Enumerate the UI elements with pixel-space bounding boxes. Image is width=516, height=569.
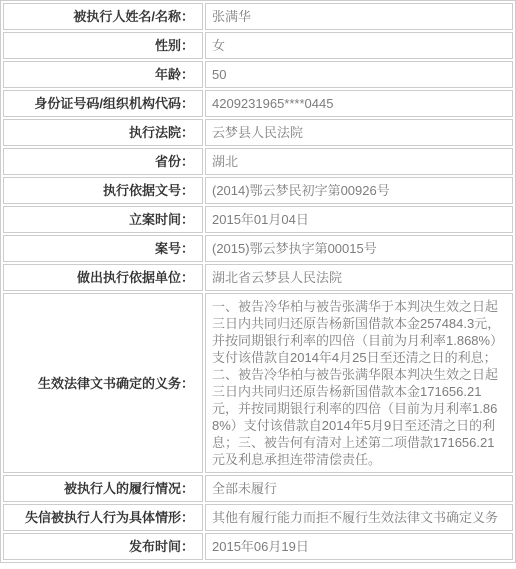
row-label: 执行依据文号：	[3, 177, 203, 204]
table-row: 执行法院： 云梦县人民法院	[3, 119, 513, 146]
row-label: 被执行人姓名/名称：	[3, 3, 203, 30]
table-row: 案号： (2015)鄂云梦执字第00015号	[3, 235, 513, 262]
table-row: 省份： 湖北	[3, 148, 513, 175]
table-row: 立案时间： 2015年01月04日	[3, 206, 513, 233]
row-value: 一、被告冷华柏与被告张满华于本判决生效之日起三日内共同归还原告杨新国借款本金25…	[205, 293, 513, 473]
table-row: 性别： 女	[3, 32, 513, 59]
row-value: 全部未履行	[205, 475, 513, 502]
table-row: 身份证号码/组织机构代码： 4209231965****0445	[3, 90, 513, 117]
row-value: (2015)鄂云梦执字第00015号	[205, 235, 513, 262]
row-value: 湖北	[205, 148, 513, 175]
row-value: 4209231965****0445	[205, 90, 513, 117]
row-value: 云梦县人民法院	[205, 119, 513, 146]
row-value: 女	[205, 32, 513, 59]
row-label: 立案时间：	[3, 206, 203, 233]
row-value: 50	[205, 61, 513, 88]
table-body: 被执行人姓名/名称： 张满华 性别： 女 年龄： 50 身份证号码/组织机构代码…	[3, 3, 513, 560]
row-label: 年龄：	[3, 61, 203, 88]
row-label: 案号：	[3, 235, 203, 262]
row-value: 2015年06月19日	[205, 533, 513, 560]
row-value: 湖北省云梦县人民法院	[205, 264, 513, 291]
row-label: 身份证号码/组织机构代码：	[3, 90, 203, 117]
row-label: 发布时间：	[3, 533, 203, 560]
table-row: 执行依据文号： (2014)鄂云梦民初字第00926号	[3, 177, 513, 204]
row-value: 其他有履行能力而拒不履行生效法律文书确定义务	[205, 504, 513, 531]
row-label: 生效法律文书确定的义务：	[3, 293, 203, 473]
row-label: 性别：	[3, 32, 203, 59]
row-label: 执行法院：	[3, 119, 203, 146]
row-value: 2015年01月04日	[205, 206, 513, 233]
row-value: (2014)鄂云梦民初字第00926号	[205, 177, 513, 204]
table-row: 做出执行依据单位： 湖北省云梦县人民法院	[3, 264, 513, 291]
table-row: 发布时间： 2015年06月19日	[3, 533, 513, 560]
row-label: 被执行人的履行情况：	[3, 475, 203, 502]
row-label: 失信被执行人行为具体情形：	[3, 504, 203, 531]
table-row: 生效法律文书确定的义务： 一、被告冷华柏与被告张满华于本判决生效之日起三日内共同…	[3, 293, 513, 473]
row-label: 做出执行依据单位：	[3, 264, 203, 291]
debtor-info-table: 被执行人姓名/名称： 张满华 性别： 女 年龄： 50 身份证号码/组织机构代码…	[0, 0, 516, 563]
table-row: 被执行人的履行情况： 全部未履行	[3, 475, 513, 502]
row-value: 张满华	[205, 3, 513, 30]
table-row: 失信被执行人行为具体情形： 其他有履行能力而拒不履行生效法律文书确定义务	[3, 504, 513, 531]
row-label: 省份：	[3, 148, 203, 175]
table-row: 被执行人姓名/名称： 张满华	[3, 3, 513, 30]
table-row: 年龄： 50	[3, 61, 513, 88]
